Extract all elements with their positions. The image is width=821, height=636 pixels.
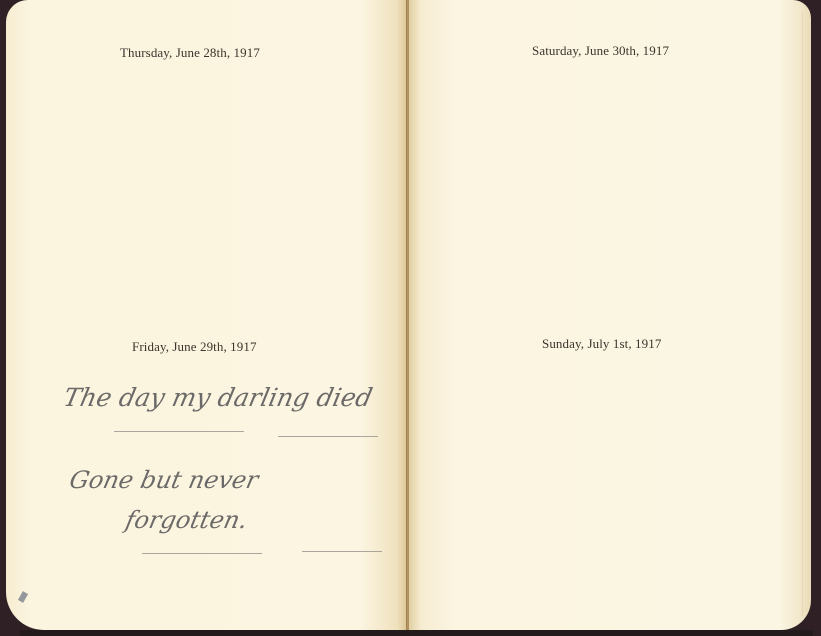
open-diary: Thursday, June 28th, 1917 Friday, June 2…: [0, 0, 821, 636]
ink-smudge: [18, 591, 28, 603]
entry-date-june-28: Thursday, June 28th, 1917: [120, 45, 260, 61]
underline: [302, 551, 382, 552]
entry-date-july-1: Sunday, July 1st, 1917: [542, 336, 661, 352]
left-page: Thursday, June 28th, 1917 Friday, June 2…: [6, 0, 409, 630]
entry-date-june-30: Saturday, June 30th, 1917: [532, 43, 669, 59]
underline: [114, 431, 244, 432]
underline: [142, 553, 262, 554]
underline: [278, 436, 378, 437]
handwritten-line-3: forgotten.: [123, 506, 250, 534]
handwritten-line-2: Gone but never: [67, 466, 261, 494]
handwritten-line-1: The day my darling died: [61, 383, 375, 412]
entry-date-june-29: Friday, June 29th, 1917: [132, 339, 257, 355]
cover-edge: [20, 630, 813, 636]
right-page: Saturday, June 30th, 1917 Sunday, July 1…: [409, 0, 811, 630]
